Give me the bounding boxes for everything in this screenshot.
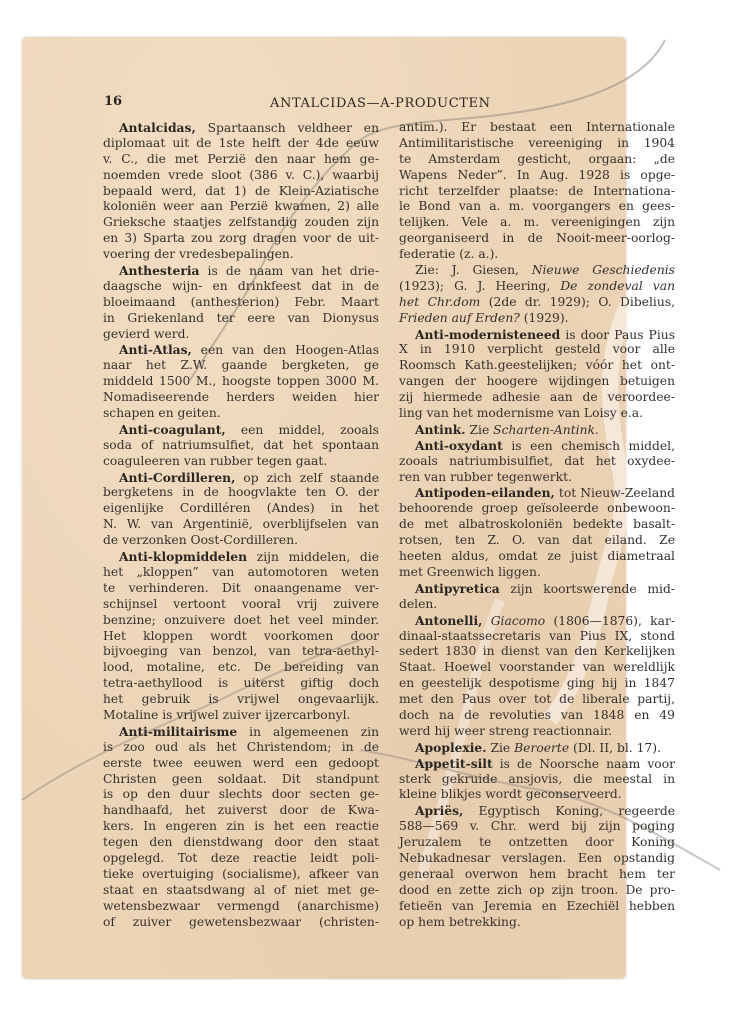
entry-text: voering der vredesbepalingen. bbox=[103, 247, 294, 261]
entry-text: generaal overwon hem bracht hem ter bbox=[399, 867, 675, 881]
text-line: Antimilitaristische vereeniging in 1904 bbox=[399, 136, 675, 152]
text-line: is op den duur slechts door secten ge- bbox=[103, 787, 379, 803]
text-line: georganiseerd in de Nooit-meer-oorlog- bbox=[399, 231, 675, 247]
entry-text: fetieën van Jeremia en Ezechiël hebben bbox=[399, 899, 675, 913]
entry-headword: Apriës, bbox=[415, 803, 463, 818]
text-line: Anti-militairisme in algemeenen zin bbox=[103, 724, 379, 740]
entry-text: Wapens Neder”. In Aug. 1928 is opge- bbox=[399, 168, 675, 182]
entry-headword: Anti-Atlas, bbox=[119, 342, 192, 357]
italic-reference: Frieden auf Erden? bbox=[399, 311, 520, 325]
entry-text: ling van het modernisme van Loisy e.a. bbox=[399, 406, 643, 420]
italic-reference: het Chr.dom bbox=[399, 295, 480, 309]
entry-text: of zuiver gewetensbezwaar (christen- bbox=[103, 915, 379, 929]
entry-text: te verhinderen. Dit onaangename ver- bbox=[103, 581, 379, 595]
entry-text: (2de dr. 1929); O. Dibelius, bbox=[480, 295, 675, 309]
text-line: dinaal-staatssecretaris van Pius IX, sto… bbox=[399, 629, 675, 645]
text-line: Appetit-silt is de Noorsche naam voor bbox=[399, 756, 675, 772]
entry-text: bergketens in de hoogvlakte ten O. der bbox=[103, 485, 379, 499]
entry-text: zij hiermede adhesie aan de veroordee- bbox=[399, 390, 675, 404]
entry-text: is op den duur slechts door secten ge- bbox=[103, 787, 379, 801]
text-line: kers. In engeren zin is het een reactie bbox=[103, 819, 379, 835]
entry-text: N. W. van Argentinië, overblijfselen van bbox=[103, 517, 379, 531]
text-line: Antipoden-eilanden, tot Nieuw-Zeeland bbox=[399, 485, 675, 501]
entry-text: Zie: J. Giesen, bbox=[415, 263, 532, 277]
entry-text: rotsen, ten Z. O. van dat eiland. Ze bbox=[399, 533, 675, 547]
entry-text: werd hij weer streng reactionnair. bbox=[399, 724, 612, 738]
entry-text: op hem betrekking. bbox=[399, 915, 521, 929]
text-line: Antink. Zie Scharten-Antink. bbox=[399, 422, 675, 438]
entry-text: Christen geen soldaat. Dit standpunt bbox=[103, 772, 379, 786]
entry-headword: Antipyretica bbox=[415, 581, 500, 596]
entry-text: met den Paus over tot de liberale partij… bbox=[399, 692, 675, 706]
text-line: daagsche wijn- en drinkfeest dat in de bbox=[103, 279, 379, 295]
entry-text: met Greenwich liggen. bbox=[399, 565, 541, 579]
text-line: met den Paus over tot de liberale partij… bbox=[399, 692, 675, 708]
entry-text: Grieksche staatjes zelfstandig zouden zi… bbox=[103, 215, 379, 229]
text-line: benzine; onzuivere doet het veel minder. bbox=[103, 613, 379, 629]
text-line: X in 1910 verplicht gesteld voor alle bbox=[399, 342, 675, 358]
text-line: staat en staatsdwang al of niet met ge- bbox=[103, 883, 379, 899]
italic-reference: Giacomo bbox=[491, 614, 545, 628]
entry-text: noemden vrede sloot (386 v. C.), waarbij bbox=[103, 168, 379, 182]
text-line: opgelegd. Tot deze reactie leidt poli- bbox=[103, 851, 379, 867]
text-line: rotsen, ten Z. O. van dat eiland. Ze bbox=[399, 533, 675, 549]
entry-text: staat en staatsdwang al of niet met ge- bbox=[103, 883, 379, 897]
entry-text: ren van rubber tegenwerkt. bbox=[399, 470, 572, 484]
text-line: met Greenwich liggen. bbox=[399, 565, 675, 581]
text-line: Anti-modernisteneed is door Paus Pius bbox=[399, 327, 675, 343]
page-number: 16 bbox=[104, 94, 122, 109]
text-line: telijken. Vele a. m. vereenigingen zijn bbox=[399, 215, 675, 231]
entry-text: richt terzelfder plaatse: de Internation… bbox=[399, 184, 675, 198]
running-title: ANTALCIDAS—A-PRODUCTEN bbox=[270, 96, 491, 111]
text-line: dood en zette zich op zijn troon. De pro… bbox=[399, 883, 675, 899]
entry-text: tieke overtuiging (socialisme), afkeer v… bbox=[103, 867, 379, 881]
text-line: het „kloppen” van automotoren weten bbox=[103, 565, 379, 581]
running-head: 16 ANTALCIDAS—A-PRODUCTEN bbox=[0, 94, 754, 114]
entry-text: Nebukadnesar verslagen. Een opstandig bbox=[399, 851, 675, 865]
entry-text: sedert 1830 in dienst van den Kerkelijke… bbox=[399, 644, 675, 658]
text-line: Frieden auf Erden? (1929). bbox=[399, 311, 675, 327]
italic-reference: De zondeval van bbox=[560, 279, 675, 293]
left-column: Antalcidas, Spartaansch veldheer endiplo… bbox=[103, 120, 379, 930]
text-line: heeten aldus, omdat ze juist diametraal bbox=[399, 549, 675, 565]
entry-text: zijn middelen, die bbox=[247, 550, 379, 564]
text-line: 588—569 v. Chr. werd bij zijn poging bbox=[399, 819, 675, 835]
italic-reference: Scharten-Antink. bbox=[493, 423, 599, 437]
text-line: Grieksche staatjes zelfstandig zouden zi… bbox=[103, 215, 379, 231]
entry-text: kers. In engeren zin is het een reactie bbox=[103, 819, 379, 833]
text-line: Nebukadnesar verslagen. Een opstandig bbox=[399, 851, 675, 867]
entry-text: de met albatroskoloniën bedekte basalt- bbox=[399, 517, 675, 531]
entry-text: opgelegd. Tot deze reactie leidt poli- bbox=[103, 851, 379, 865]
text-line: ling van het modernisme van Loisy e.a. bbox=[399, 406, 675, 422]
text-line: Antonelli, Giacomo (1806—1876), kar- bbox=[399, 613, 675, 629]
text-line: coaguleeren van rubber tegen gaat. bbox=[103, 454, 379, 470]
entry-text: in algemeenen zin bbox=[237, 725, 379, 739]
text-line: koloniën weer aan Perzië kwamen, 2) alle bbox=[103, 199, 379, 215]
entry-headword: Anti-modernisteneed bbox=[415, 327, 560, 342]
text-line: Nomadiseerende herders weiden hier bbox=[103, 390, 379, 406]
entry-text: Egyptisch Koning, regeerde bbox=[463, 804, 675, 818]
entry-text: is door Paus Pius bbox=[560, 328, 675, 342]
entry-headword: Anti-Cordilleren, bbox=[119, 470, 235, 485]
text-line: Anthesteria is de naam van het drie- bbox=[103, 263, 379, 279]
text-line: Het kloppen wordt voorkomen door bbox=[103, 629, 379, 645]
text-line: Jeruzalem te ontzetten door Koning bbox=[399, 835, 675, 851]
text-line: bergketens in de hoogvlakte ten O. der bbox=[103, 485, 379, 501]
text-line: sterk gekruide ansjovis, die meestal in bbox=[399, 772, 675, 788]
entry-text: coaguleeren van rubber tegen gaat. bbox=[103, 454, 327, 468]
text-line: eigenlijke Cordilléren (Andes) in het bbox=[103, 501, 379, 517]
text-line: doch na de revoluties van 1848 en 49 bbox=[399, 708, 675, 724]
text-line: is zoo oud als het Christendom; in de bbox=[103, 740, 379, 756]
text-line: te Amsterdam gesticht, orgaan: „de bbox=[399, 152, 675, 168]
entry-text: telijken. Vele a. m. vereenigingen zijn bbox=[399, 215, 675, 229]
entry-text: v. C., die met Perzië den naar hem ge- bbox=[103, 152, 379, 166]
text-line: voering der vredesbepalingen. bbox=[103, 247, 379, 263]
text-line: kleine blikjes wordt geconserveerd. bbox=[399, 787, 675, 803]
text-line: (1923); G. J. Heering, De zondeval van bbox=[399, 279, 675, 295]
text-line: Staat. Hoewel voorstander van wereldlijk bbox=[399, 660, 675, 676]
entry-text: Motaline is vrijwel zuiver ijzercarbonyl… bbox=[103, 708, 350, 722]
italic-reference: Nieuwe Geschiedenis bbox=[532, 263, 675, 277]
entry-text: gevierd werd. bbox=[103, 327, 189, 341]
entry-text: Zie bbox=[466, 423, 494, 437]
entry-text: federatie (z. a.). bbox=[399, 247, 498, 261]
text-line: Anti-Cordilleren, op zich zelf staande bbox=[103, 470, 379, 486]
text-line: bijvoeging van benzol, van tetra-aethyl- bbox=[103, 644, 379, 660]
entry-text: Zie bbox=[487, 741, 515, 755]
entry-text: op zich zelf staande bbox=[235, 471, 379, 485]
entry-text: heeten aldus, omdat ze juist diametraal bbox=[399, 549, 675, 563]
text-line: Anti-coagulant, een middel, zooals bbox=[103, 422, 379, 438]
text-line: gevierd werd. bbox=[103, 327, 379, 343]
text-line: en geestelijk despotisme ging hij in 184… bbox=[399, 676, 675, 692]
text-line: Zie: J. Giesen, Nieuwe Geschiedenis bbox=[399, 263, 675, 279]
entry-text: te Amsterdam gesticht, orgaan: „de bbox=[399, 152, 675, 166]
text-line: v. C., die met Perzië den naar hem ge- bbox=[103, 152, 379, 168]
text-line: Wapens Neder”. In Aug. 1928 is opge- bbox=[399, 168, 675, 184]
entry-headword: Antalcidas, bbox=[119, 120, 196, 135]
text-line: Motaline is vrijwel zuiver ijzercarbonyl… bbox=[103, 708, 379, 724]
text-line: schapen en geiten. bbox=[103, 406, 379, 422]
text-line: generaal overwon hem bracht hem ter bbox=[399, 867, 675, 883]
entry-text: en geestelijk despotisme ging hij in 184… bbox=[399, 676, 675, 690]
entry-headword: Apoplexie. bbox=[415, 740, 487, 755]
entry-text: soda of natriumsulfiet, dat het spontaan bbox=[103, 438, 379, 452]
text-line: Apoplexie. Zie Beroerte (Dl. II, bl. 17)… bbox=[399, 740, 675, 756]
entry-text: de verzonken Oost-Cordilleren. bbox=[103, 533, 298, 547]
text-line: werd hij weer streng reactionnair. bbox=[399, 724, 675, 740]
entry-text: het gebruik is vrijwel ongevaarlijk. bbox=[103, 692, 379, 706]
text-line: tetra-aethyllood is uiterst giftig doch bbox=[103, 676, 379, 692]
text-line: ren van rubber tegenwerkt. bbox=[399, 470, 675, 486]
entry-text: (1923); G. J. Heering, bbox=[399, 279, 560, 293]
entry-text: en 3) Sparta zou zorg dragen voor de uit… bbox=[103, 231, 379, 245]
text-line: bepaald werd, dat 1) de Klein-Aziatische bbox=[103, 184, 379, 200]
entry-headword: Anti-militairisme bbox=[119, 724, 237, 739]
text-line: vangen der hoogere wijdingen betuigen bbox=[399, 374, 675, 390]
entry-text: benzine; onzuivere doet het veel minder. bbox=[103, 613, 379, 627]
entry-text: le Bond van a. m. voorgangers en gees- bbox=[399, 199, 675, 213]
text-line: en 3) Sparta zou zorg dragen voor de uit… bbox=[103, 231, 379, 247]
text-line: eerste twee eeuwen werd een gedoopt bbox=[103, 756, 379, 772]
entry-text: is zoo oud als het Christendom; in de bbox=[103, 740, 379, 754]
text-line: schijnsel vertoont vooral vrij zuivere bbox=[103, 597, 379, 613]
entry-text: schapen en geiten. bbox=[103, 406, 221, 420]
entry-text: behoorende groep geïsoleerde onbewoon- bbox=[399, 501, 675, 515]
text-line: handhaafd, het zuiverst door de Kwa- bbox=[103, 803, 379, 819]
entry-text: Het kloppen wordt voorkomen door bbox=[103, 629, 379, 643]
text-line: Christen geen soldaat. Dit standpunt bbox=[103, 772, 379, 788]
entry-text: is een chemisch middel, bbox=[503, 439, 675, 453]
entry-text: Roomsch Kath.geestelijken; vóór het ont- bbox=[399, 358, 675, 372]
entry-text: kleine blikjes wordt geconserveerd. bbox=[399, 787, 622, 801]
entry-text: Staat. Hoewel voorstander van wereldlijk bbox=[399, 660, 675, 674]
entry-headword: Anthesteria bbox=[119, 263, 199, 278]
entry-text: een van den Hoogen-Atlas bbox=[192, 343, 379, 357]
entry-text: antim.). Er bestaat een Internationale bbox=[399, 120, 675, 134]
text-line: Roomsch Kath.geestelijken; vóór het ont- bbox=[399, 358, 675, 374]
entry-text: tegen den dienstdwang door den staat bbox=[103, 835, 379, 849]
entry-headword: Anti-coagulant, bbox=[119, 422, 226, 437]
text-line: richt terzelfder plaatse: de Internation… bbox=[399, 184, 675, 200]
entry-text: Jeruzalem te ontzetten door Koning bbox=[399, 835, 675, 849]
entry-text: bloeimaand (anthesterion) Febr. Maart bbox=[103, 295, 379, 309]
entry-text: handhaafd, het zuiverst door de Kwa- bbox=[103, 803, 379, 817]
entry-text: daagsche wijn- en drinkfeest dat in de bbox=[103, 279, 379, 293]
entry-text: tot Nieuw-Zeeland bbox=[555, 486, 675, 500]
text-line: soda of natriumsulfiet, dat het spontaan bbox=[103, 438, 379, 454]
entry-text: eigenlijke Cordilléren (Andes) in het bbox=[103, 501, 379, 515]
text-line: Anti-klopmiddelen zijn middelen, die bbox=[103, 549, 379, 565]
text-line: bloeimaand (anthesterion) Febr. Maart bbox=[103, 295, 379, 311]
text-line: tegen den dienstdwang door den staat bbox=[103, 835, 379, 851]
entry-text: dinaal-staatssecretaris van Pius IX, sto… bbox=[399, 629, 675, 643]
text-line: le Bond van a. m. voorgangers en gees- bbox=[399, 199, 675, 215]
text-line: noemden vrede sloot (386 v. C.), waarbij bbox=[103, 168, 379, 184]
entry-text: koloniën weer aan Perzië kwamen, 2) alle bbox=[103, 199, 379, 213]
text-line: sedert 1830 in dienst van den Kerkelijke… bbox=[399, 644, 675, 660]
entry-text: (1929). bbox=[520, 311, 569, 325]
entry-text: is de Noorsche naam voor bbox=[493, 757, 675, 771]
entry-text: 588—569 v. Chr. werd bij zijn poging bbox=[399, 819, 675, 833]
entry-text: georganiseerd in de Nooit-meer-oorlog- bbox=[399, 231, 675, 245]
text-line: het Chr.dom (2de dr. 1929); O. Dibelius, bbox=[399, 295, 675, 311]
entry-text: zooals natriumbisulfiet, dat het oxydee- bbox=[399, 454, 675, 468]
entry-text: X in 1910 verplicht gesteld voor alle bbox=[399, 342, 675, 356]
text-line: zooals natriumbisulfiet, dat het oxydee- bbox=[399, 454, 675, 470]
text-line: de met albatroskoloniën bedekte basalt- bbox=[399, 517, 675, 533]
entry-headword: Antipoden-eilanden, bbox=[415, 485, 555, 500]
entry-headword: Appetit-silt bbox=[415, 756, 493, 771]
entry-headword: Anti-oxydant bbox=[415, 438, 503, 453]
text-line: Anti-Atlas, een van den Hoogen-Atlas bbox=[103, 342, 379, 358]
entry-text: sterk gekruide ansjovis, die meestal in bbox=[399, 772, 675, 786]
text-line: naar het Z.W. gaande bergketen, ge bbox=[103, 358, 379, 374]
entry-text: Nomadiseerende herders weiden hier bbox=[103, 390, 379, 404]
entry-text: tetra-aethyllood is uiterst giftig doch bbox=[103, 676, 379, 690]
text-line: behoorende groep geïsoleerde onbewoon- bbox=[399, 501, 675, 517]
text-line: wetensbezwaar vermengd (anarchisme) bbox=[103, 899, 379, 915]
text-line: fetieën van Jeremia en Ezechiël hebben bbox=[399, 899, 675, 915]
entry-headword: Antink. bbox=[415, 422, 466, 437]
text-line: op hem betrekking. bbox=[399, 915, 675, 931]
entry-text: zijn koortswerende mid- bbox=[500, 582, 675, 596]
entry-text: bepaald werd, dat 1) de Klein-Aziatische bbox=[103, 184, 379, 198]
entry-text: schijnsel vertoont vooral vrij zuivere bbox=[103, 597, 379, 611]
entry-text: bijvoeging van benzol, van tetra-aethyl- bbox=[103, 644, 379, 658]
text-line: in Griekenland ter eere van Dionysus bbox=[103, 311, 379, 327]
italic-reference: Beroerte bbox=[514, 741, 569, 755]
entry-text: diplomaat uit de 1ste helft der 4de eeuw bbox=[103, 136, 379, 150]
text-line: lood, motaline, etc. De bereiding van bbox=[103, 660, 379, 676]
entry-headword: Antonelli, bbox=[415, 613, 482, 628]
right-column: antim.). Er bestaat een InternationaleAn… bbox=[399, 120, 675, 930]
text-line: antim.). Er bestaat een Internationale bbox=[399, 120, 675, 136]
text-line: Apriës, Egyptisch Koning, regeerde bbox=[399, 803, 675, 819]
text-line: N. W. van Argentinië, overblijfselen van bbox=[103, 517, 379, 533]
entry-text: een middel, zooals bbox=[226, 423, 379, 437]
text-line: of zuiver gewetensbezwaar (christen- bbox=[103, 915, 379, 931]
entry-headword: Anti-klopmiddelen bbox=[119, 549, 247, 564]
entry-text: vangen der hoogere wijdingen betuigen bbox=[399, 374, 675, 388]
entry-text: wetensbezwaar vermengd (anarchisme) bbox=[103, 899, 379, 913]
entry-text: lood, motaline, etc. De bereiding van bbox=[103, 660, 379, 674]
text-line: middeld 1500 M., hoogste toppen 3000 M. bbox=[103, 374, 379, 390]
entry-text: middeld 1500 M., hoogste toppen 3000 M. bbox=[103, 374, 379, 388]
text-line: het gebruik is vrijwel ongevaarlijk. bbox=[103, 692, 379, 708]
text-line: Antalcidas, Spartaansch veldheer en bbox=[103, 120, 379, 136]
entry-text: is de naam van het drie- bbox=[199, 264, 379, 278]
text-line: Anti-oxydant is een chemisch middel, bbox=[399, 438, 675, 454]
text-line: delen. bbox=[399, 597, 675, 613]
entry-text: delen. bbox=[399, 597, 437, 611]
text-line: federatie (z. a.). bbox=[399, 247, 675, 263]
entry-text: eerste twee eeuwen werd een gedoopt bbox=[103, 756, 379, 770]
text-line: diplomaat uit de 1ste helft der 4de eeuw bbox=[103, 136, 379, 152]
entry-text: Antimilitaristische vereeniging in 1904 bbox=[399, 136, 675, 150]
entry-text: dood en zette zich op zijn troon. De pro… bbox=[399, 883, 675, 897]
entry-text: (Dl. II, bl. 17). bbox=[569, 741, 661, 755]
entry-text: in Griekenland ter eere van Dionysus bbox=[103, 311, 379, 325]
entry-text: het „kloppen” van automotoren weten bbox=[103, 565, 379, 579]
entry-text bbox=[482, 614, 490, 628]
entry-text: Spartaansch veldheer en bbox=[196, 121, 379, 135]
entry-text: (1806—1876), kar- bbox=[545, 614, 675, 628]
text-line: de verzonken Oost-Cordilleren. bbox=[103, 533, 379, 549]
entry-text: naar het Z.W. gaande bergketen, ge bbox=[103, 358, 379, 372]
entry-text: doch na de revoluties van 1848 en 49 bbox=[399, 708, 675, 722]
text-line: tieke overtuiging (socialisme), afkeer v… bbox=[103, 867, 379, 883]
text-line: Antipyretica zijn koortswerende mid- bbox=[399, 581, 675, 597]
text-line: zij hiermede adhesie aan de veroordee- bbox=[399, 390, 675, 406]
text-line: te verhinderen. Dit onaangename ver- bbox=[103, 581, 379, 597]
